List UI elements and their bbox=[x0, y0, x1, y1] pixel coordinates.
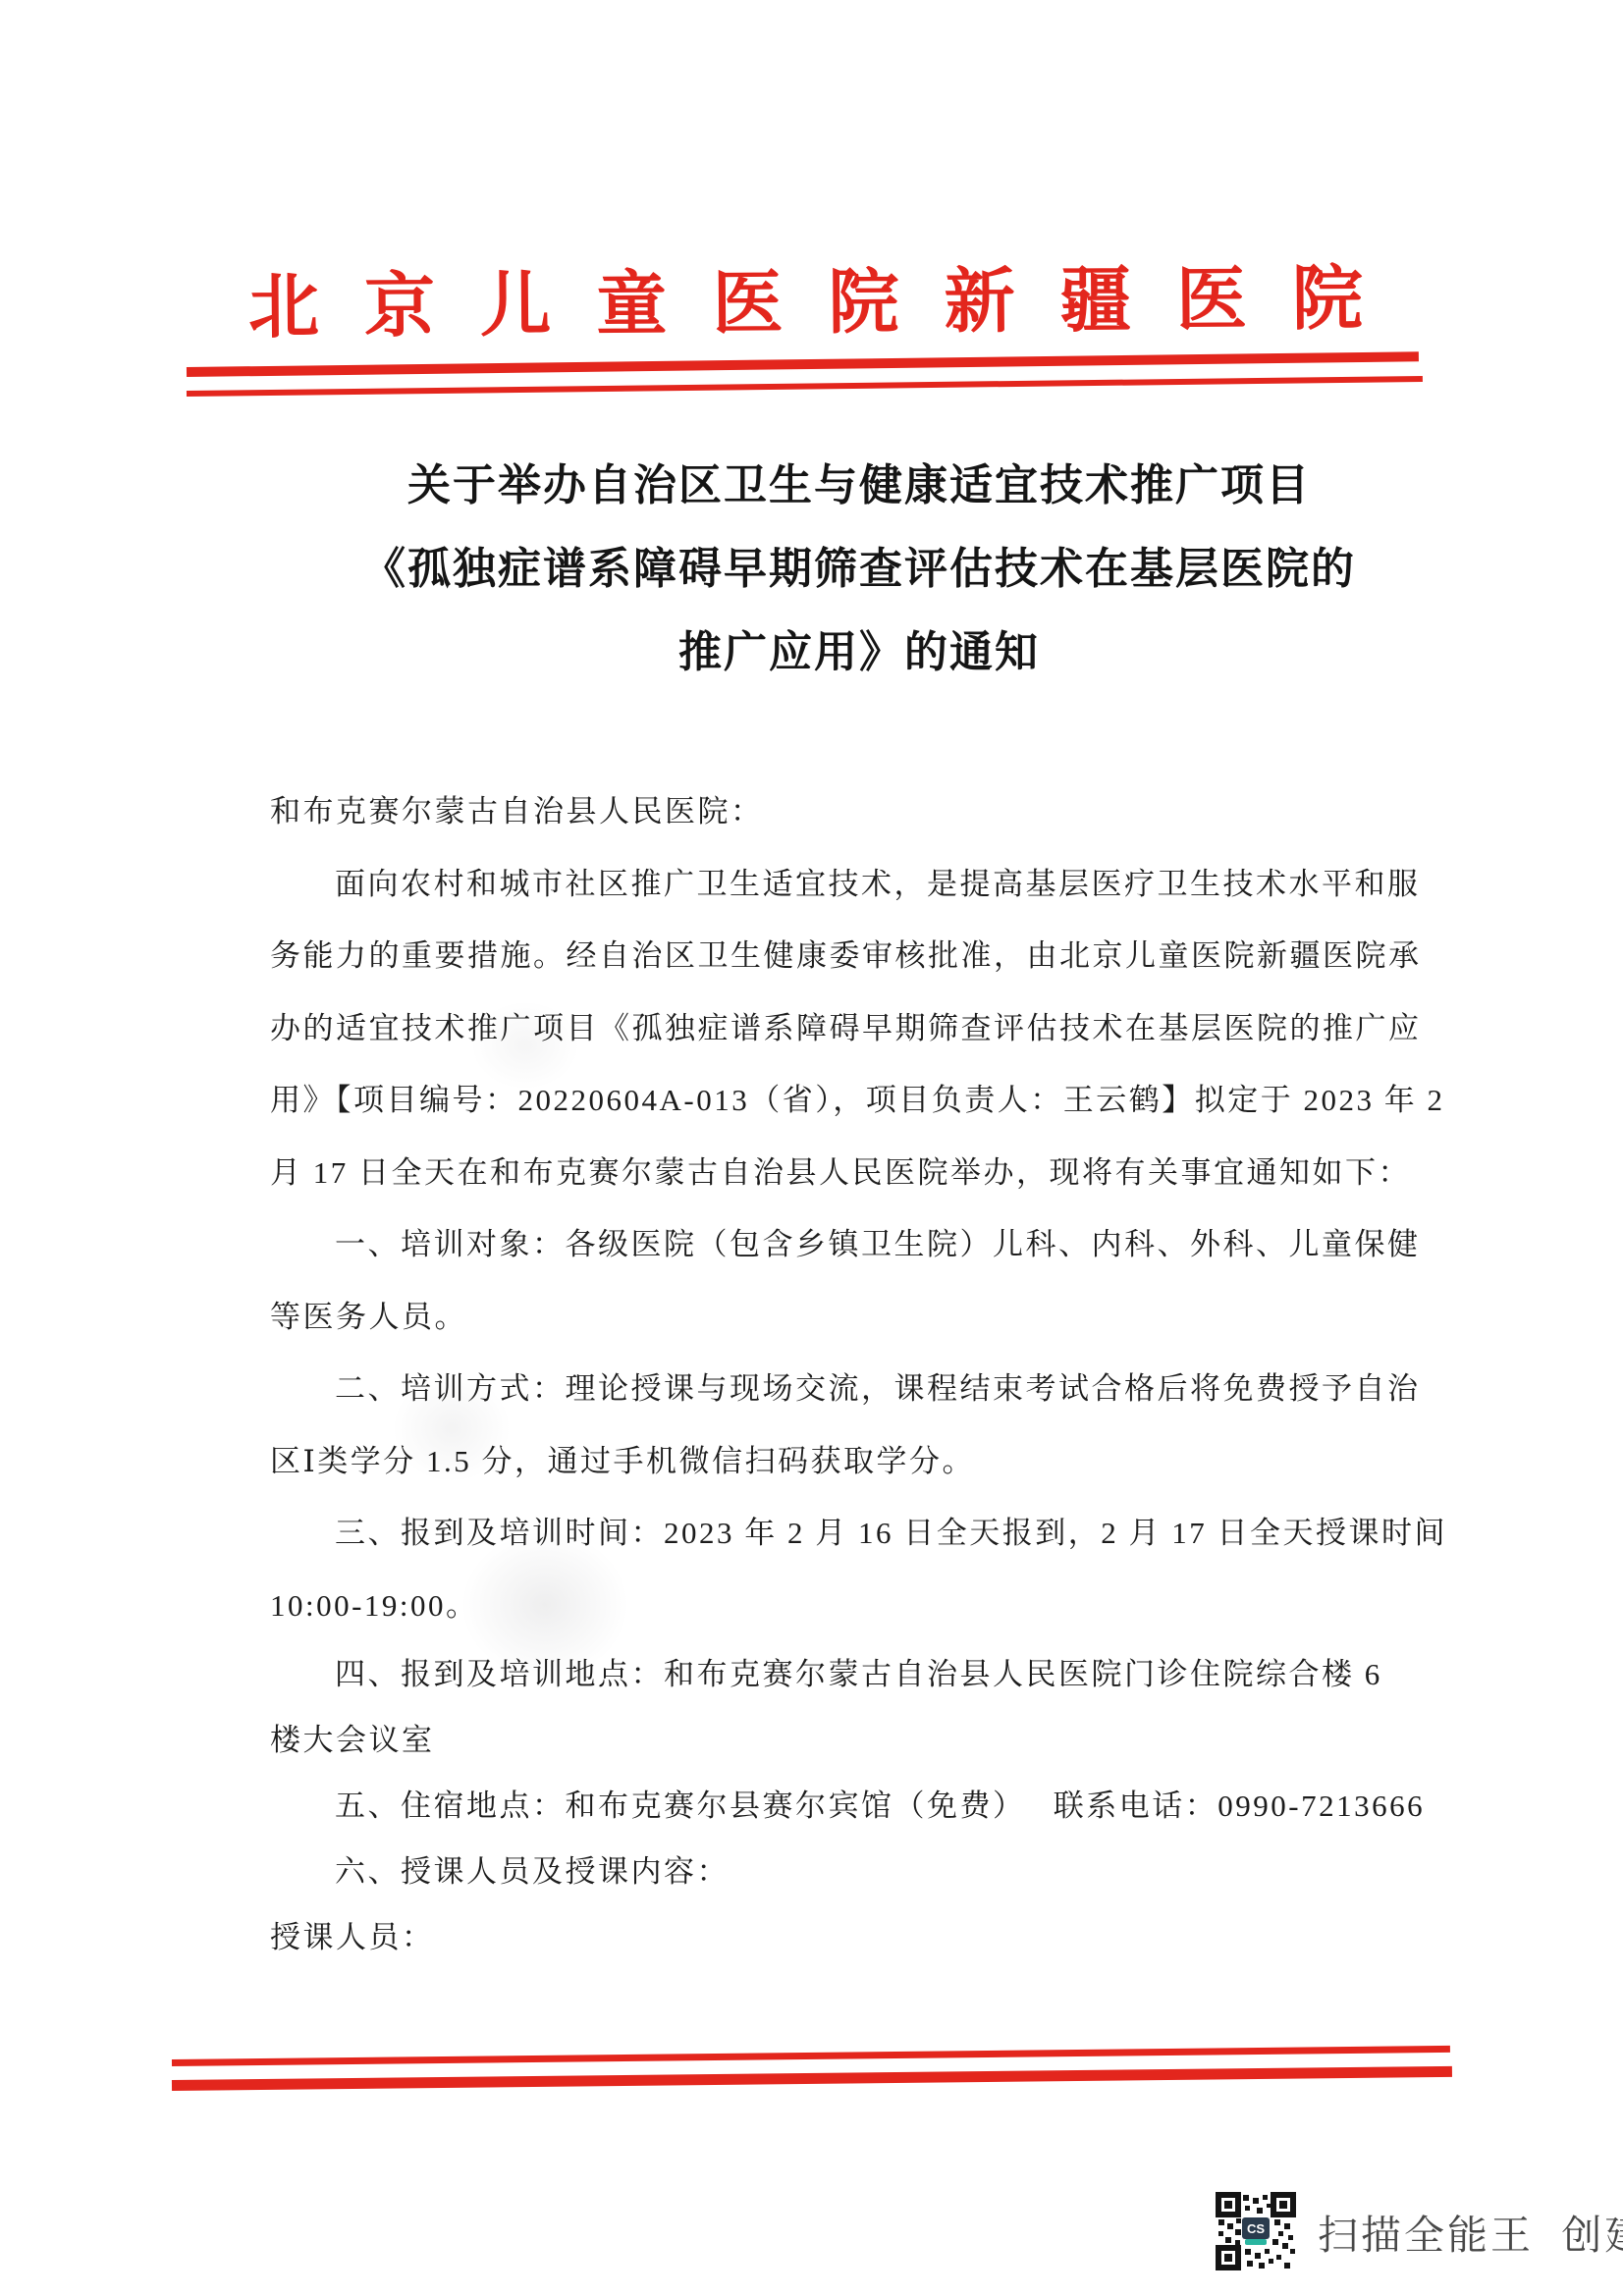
body-line-item4-b: 楼大会议室 bbox=[270, 1707, 1458, 1773]
document-title: 关于举办自治区卫生与健康适宜技术推广项目 《孤独症谱系障碍早期筛查评估技术在基层… bbox=[270, 444, 1448, 694]
footer-rule-thin bbox=[172, 2046, 1450, 2066]
body-line-intro-2: 务能力的重要措施。经自治区卫生健康委审核批准，由北京儿童医院新疆医院承 bbox=[270, 920, 1458, 992]
body-line-item1-a: 一、培训对象：各级医院（包含乡镇卫生院）儿科、内科、外科、儿童保健 bbox=[270, 1208, 1458, 1281]
body-line-item3-a: 三、报到及培训时间：2023 年 2 月 16 日全天报到，2 月 17 日全天… bbox=[270, 1497, 1458, 1570]
body-line-intro-5: 月 17 日全天在和布克赛尔蒙古自治县人民医院举办，现将有关事宜通知如下： bbox=[270, 1137, 1458, 1209]
footer-rule-thick bbox=[172, 2066, 1452, 2091]
letterhead-char: 疆 bbox=[1059, 258, 1131, 344]
body-line-item3-b: 10:00-19:00。 bbox=[270, 1570, 1458, 1642]
document-title-line2: 《孤独症谱系障碍早期筛查评估技术在基层医院的 bbox=[270, 527, 1448, 611]
body-line-item4-a: 四、报到及培训地点：和布克赛尔蒙古自治县人民医院门诊住院综合楼 6 bbox=[270, 1641, 1458, 1707]
camscanner-watermark: CS 扫描全能王 创建 bbox=[1216, 2192, 1623, 2270]
scanned-notice-page: 北 京 儿 童 医 院 新 疆 医 院 关于举办自治区卫生与健康适宜技术推广项目… bbox=[0, 0, 1623, 2296]
body-line-lecturers-label: 授课人员： bbox=[270, 1904, 1458, 1970]
letterhead-rule-thin bbox=[187, 376, 1423, 397]
letterhead-char: 医 bbox=[1176, 257, 1248, 343]
letterhead-char: 院 bbox=[828, 260, 899, 346]
notice-body-secondary: 四、报到及培训地点：和布克赛尔蒙古自治县人民医院门诊住院综合楼 6 楼大会议室 … bbox=[270, 1641, 1458, 1970]
cs-logo: CS bbox=[1242, 2217, 1270, 2245]
body-line-recipient: 和布克赛尔蒙古自治县人民医院： bbox=[270, 775, 1458, 848]
svg-text:CS: CS bbox=[1247, 2221, 1265, 2236]
body-line-item2-b: 区Ⅰ类学分 1.5 分，通过手机微信扫码获取学分。 bbox=[270, 1425, 1458, 1498]
camscanner-watermark-text: 扫描全能王 创建 bbox=[1318, 2203, 1623, 2261]
body-line-item1-b: 等医务人员。 bbox=[270, 1281, 1458, 1354]
document-title-line3: 推广应用》的通知 bbox=[270, 611, 1448, 694]
letterhead-char: 儿 bbox=[480, 263, 552, 348]
letterhead-char: 新 bbox=[944, 259, 1015, 345]
letterhead-char: 医 bbox=[712, 261, 784, 347]
letterhead-rule-thick bbox=[187, 351, 1419, 377]
letterhead-char: 童 bbox=[596, 262, 668, 347]
letterhead-hospital-name: 北 京 儿 童 医 院 新 疆 医 院 bbox=[248, 257, 1364, 350]
document-title-line1: 关于举办自治区卫生与健康适宜技术推广项目 bbox=[270, 444, 1448, 527]
letterhead-char: 院 bbox=[1292, 257, 1364, 343]
body-line-intro-1: 面向农村和城市社区推广卫生适宜技术，是提高基层医疗卫生技术水平和服 bbox=[270, 848, 1458, 921]
body-line-item6: 六、授课人员及授课内容： bbox=[270, 1839, 1458, 1904]
body-line-item5: 五、住宿地点：和布克赛尔县赛尔宾馆（免费） 联系电话：0990-7213666 bbox=[270, 1773, 1458, 1839]
camscanner-qr-icon: CS bbox=[1216, 2192, 1296, 2270]
body-line-item2-a: 二、培训方式：理论授课与现场交流，课程结束考试合格后将免费授予自治 bbox=[270, 1353, 1458, 1425]
body-line-intro-3: 办的适宜技术推广项目《孤独症谱系障碍早期筛查评估技术在基层医院的推广应 bbox=[270, 992, 1458, 1065]
letterhead-char: 北 bbox=[248, 265, 320, 350]
body-line-intro-4: 用》【项目编号：20220604A-013（省），项目负责人：王云鹤】拟定于 2… bbox=[270, 1064, 1458, 1137]
letterhead-char: 京 bbox=[364, 264, 436, 349]
notice-body-main: 和布克赛尔蒙古自治县人民医院： 面向农村和城市社区推广卫生适宜技术，是提高基层医… bbox=[270, 775, 1458, 1641]
